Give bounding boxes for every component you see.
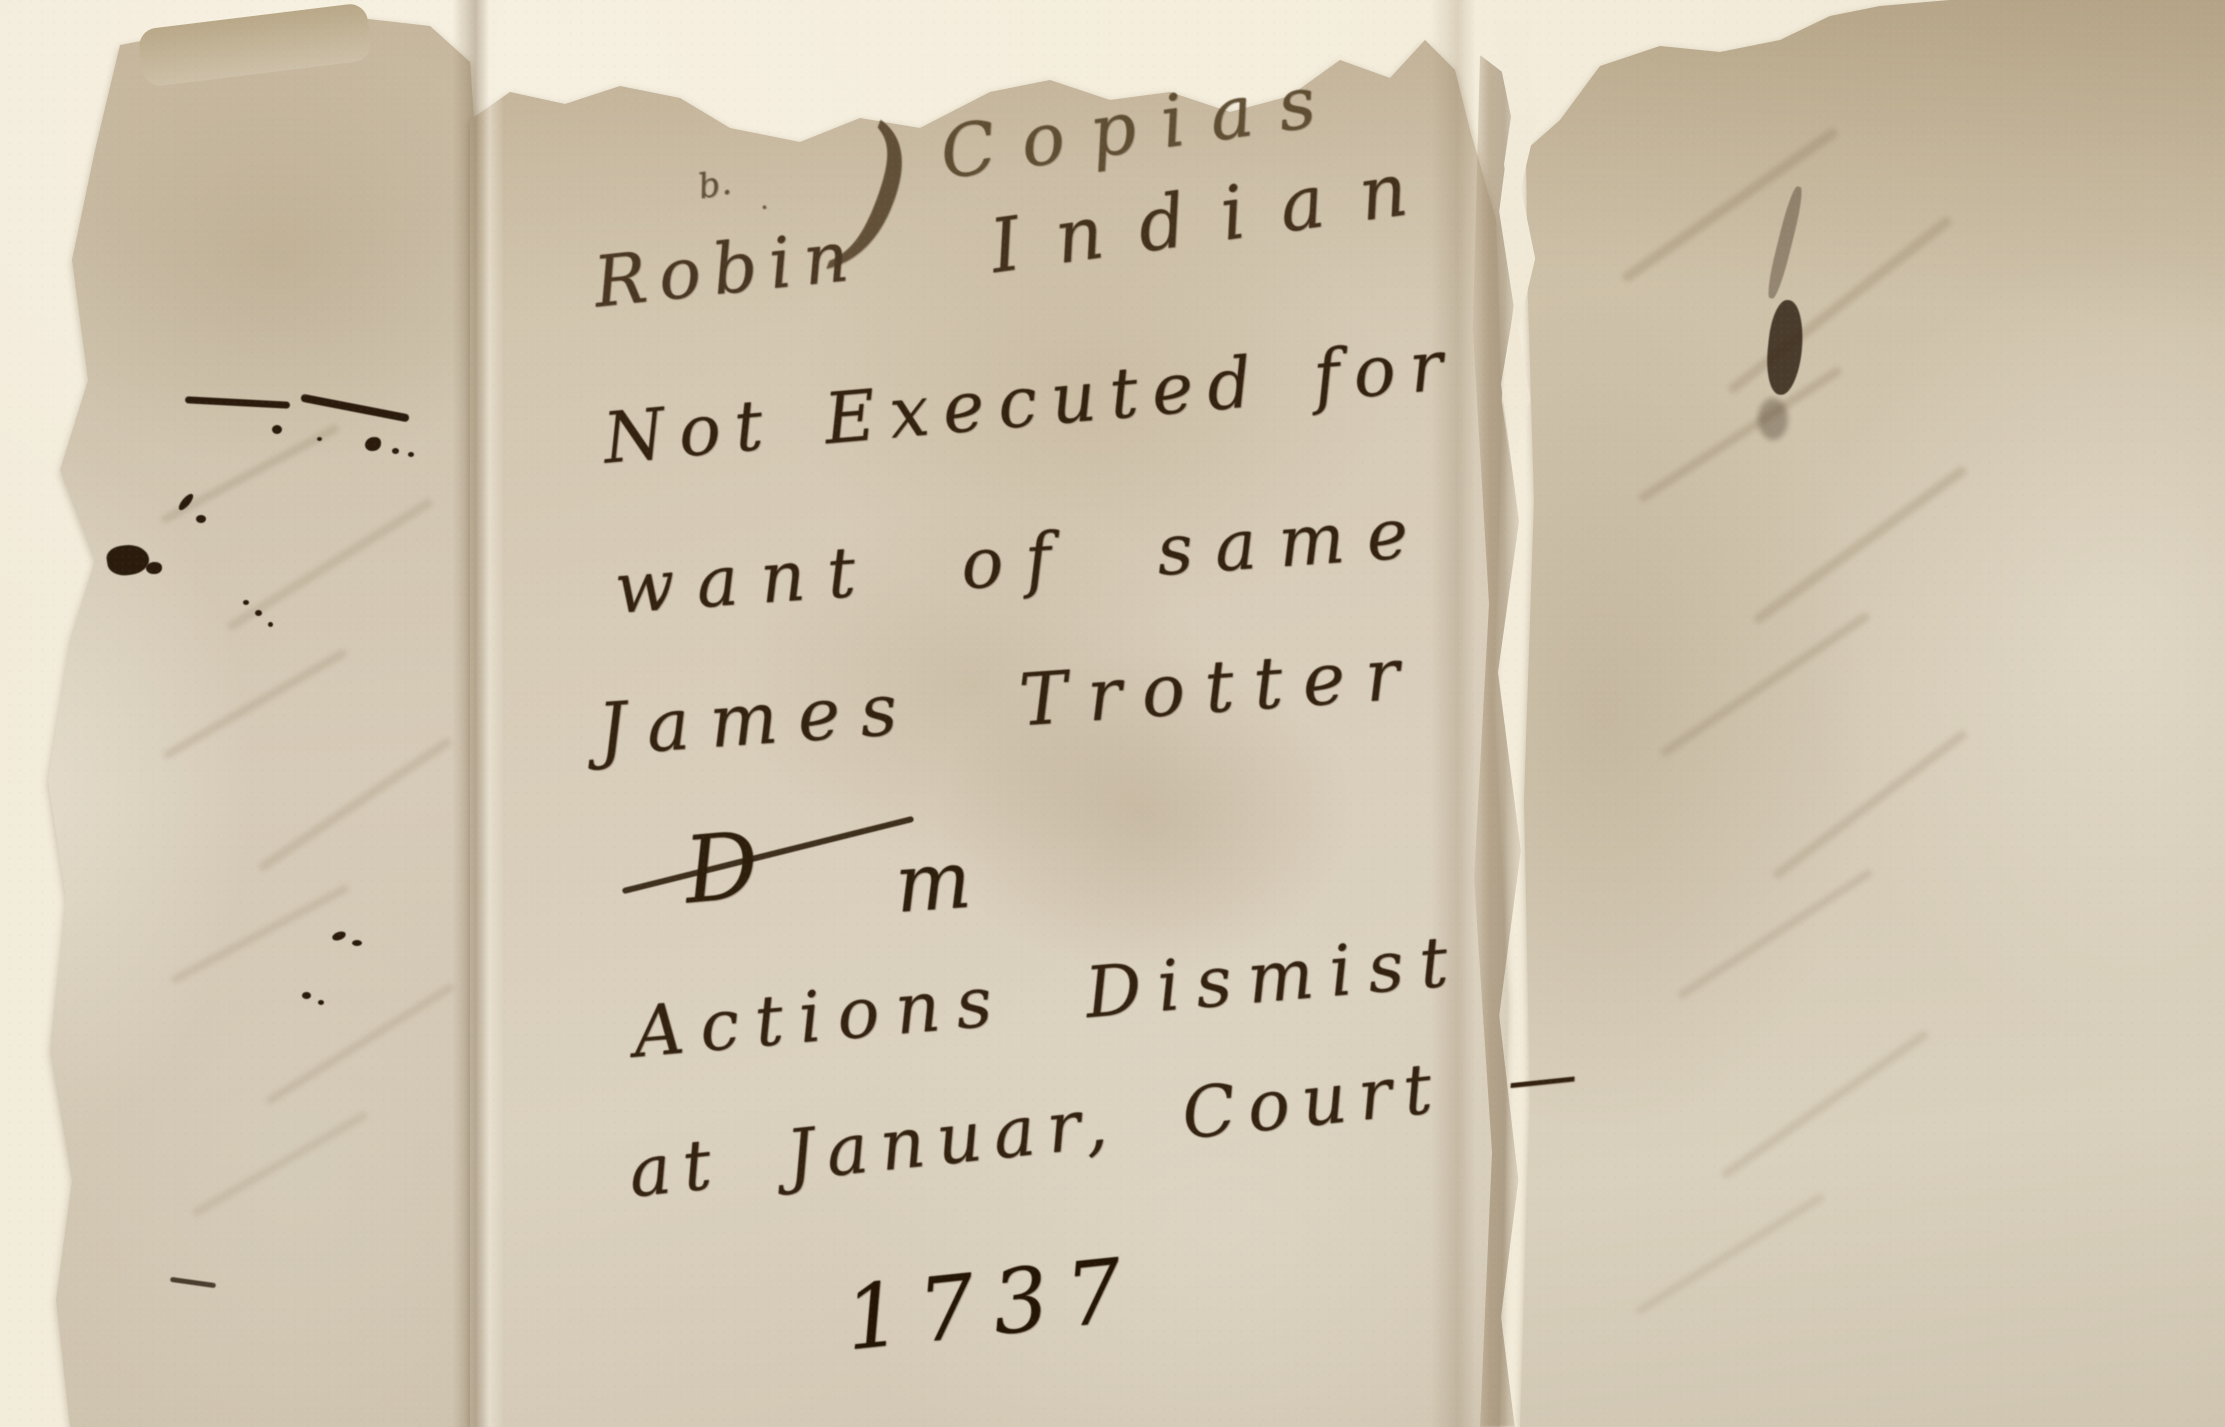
handwriting-layer: ) Copias Robin Indian Not Executed for w…	[0, 0, 2225, 1427]
handwriting-line-6-m: m	[892, 833, 974, 931]
handwriting-line-3: Not Executed for	[600, 323, 1460, 479]
handwriting-line-7: Actions Dismist	[630, 919, 1467, 1073]
pen-stroke-through-D	[622, 816, 915, 894]
handwriting-line-5: James Trotter	[595, 631, 1422, 772]
handwriting-line-4: want of same	[612, 491, 1433, 630]
document-photo: ) Copias Robin Indian Not Executed for w…	[0, 0, 2225, 1427]
handwriting-line-party-first: Robin	[590, 214, 864, 323]
stray-pen-mark: b.	[695, 162, 734, 207]
stray-pen-mark: .	[758, 185, 769, 216]
handwriting-line-year: 1737	[840, 1237, 1145, 1370]
